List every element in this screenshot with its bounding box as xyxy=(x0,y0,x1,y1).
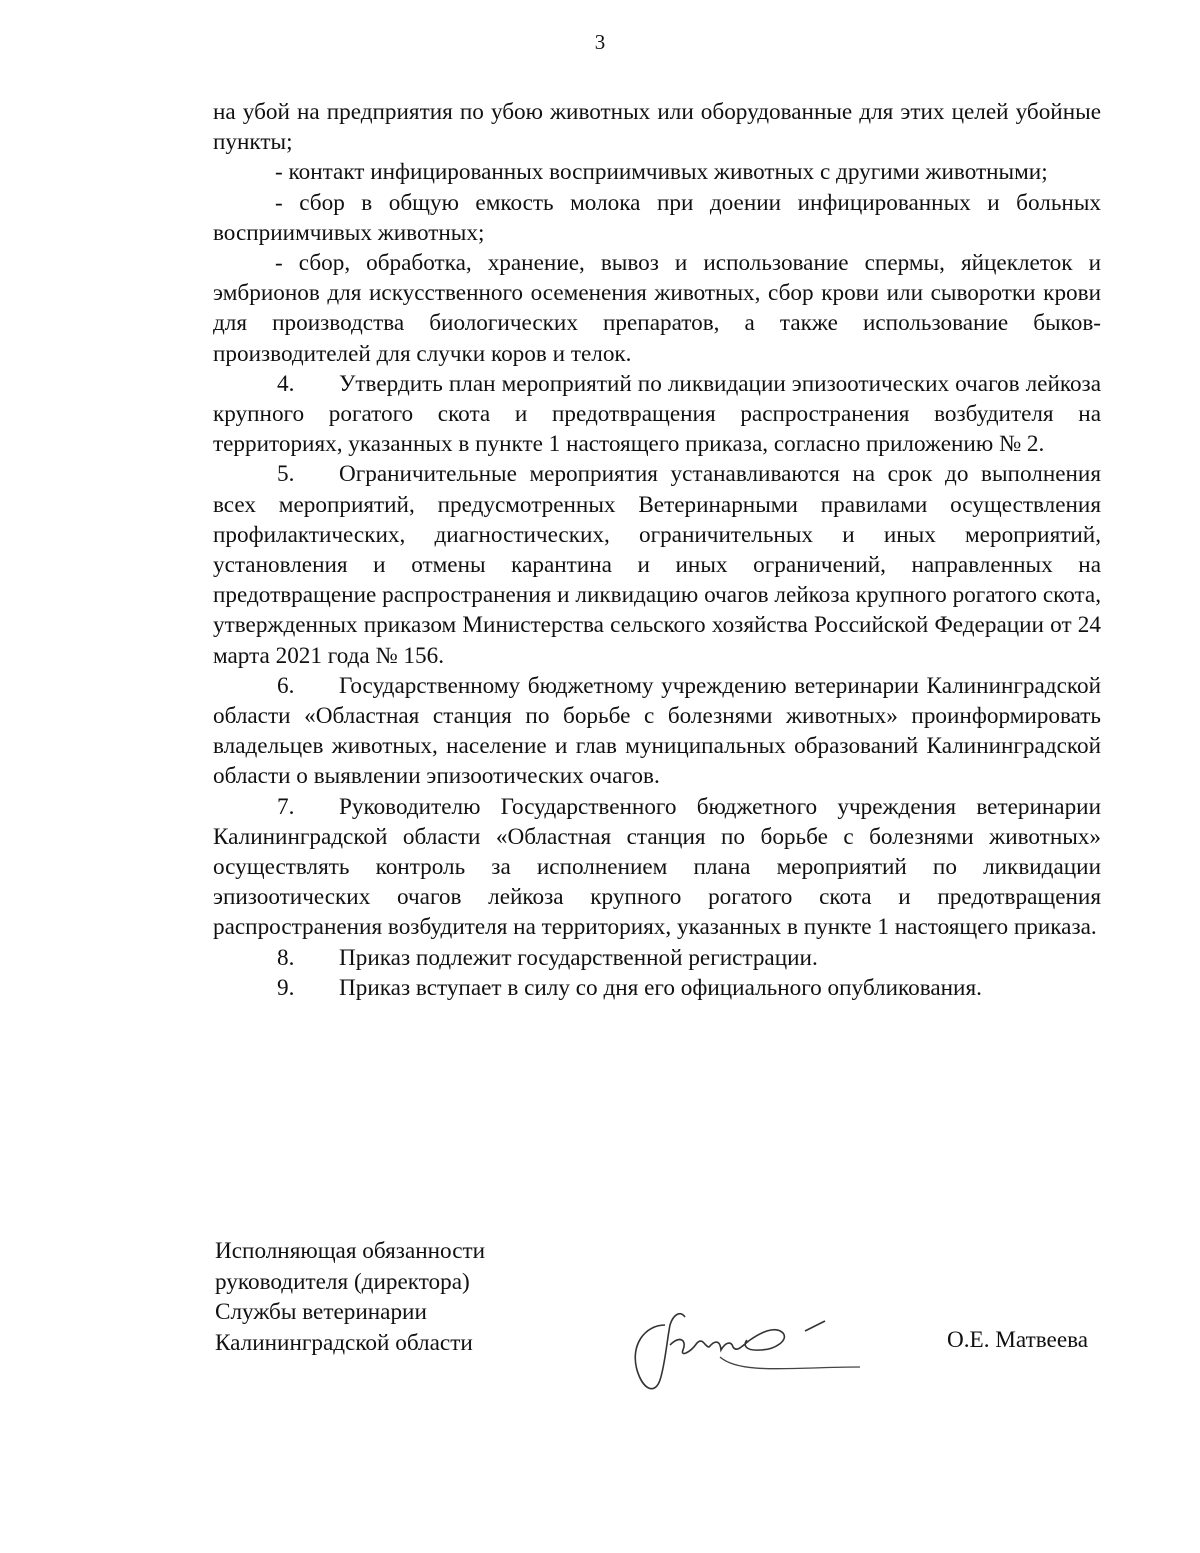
paragraph-bullet-contact: - контакт инфицированных восприимчивых ж… xyxy=(213,157,1101,187)
numbered-item-6: 6.Государственному бюджетному учреждению… xyxy=(213,671,1101,792)
numbered-item-8: 8.Приказ подлежит государственной регист… xyxy=(213,943,1101,973)
numbered-item-9: 9.Приказ вступает в силу со дня его офиц… xyxy=(213,973,1101,1003)
numbered-item-4: 4.Утвердить план мероприятий по ликвидац… xyxy=(213,369,1101,460)
signatory-title-line: Службы ветеринарии xyxy=(215,1297,485,1328)
numbered-item-7: 7.Руководителю Государственного бюджетно… xyxy=(213,792,1101,943)
signatory-title-line: руководителя (директора) xyxy=(215,1267,485,1298)
paragraph-bullet-sperm: - сбор, обработка, хранение, вывоз и исп… xyxy=(213,248,1101,369)
signer-name: О.Е. Матвеева xyxy=(947,1327,1088,1354)
signatory-title: Исполняющая обязанности руководителя (ди… xyxy=(215,1236,485,1358)
item-number: 7. xyxy=(277,792,339,822)
item-number: 6. xyxy=(277,671,339,701)
signatory-title-line: Калининградской области xyxy=(215,1328,485,1359)
item-text: Ограничительные мероприятия устанавливаю… xyxy=(213,461,1101,668)
document-body: на убой на предприятия по убою животных … xyxy=(213,97,1101,1003)
item-number: 9. xyxy=(277,973,339,1003)
numbered-item-5: 5.Ограничительные мероприятия устанавлив… xyxy=(213,459,1101,670)
item-text: Государственному бюджетному учреждению в… xyxy=(213,673,1101,790)
item-text: Руководителю Государственного бюджетного… xyxy=(213,794,1101,941)
item-text: Приказ подлежит государственной регистра… xyxy=(339,945,818,971)
page-number: 3 xyxy=(0,30,1200,55)
item-number: 8. xyxy=(277,943,339,973)
signatory-title-line: Исполняющая обязанности xyxy=(215,1236,485,1267)
paragraph-continuation: на убой на предприятия по убою животных … xyxy=(213,97,1101,157)
item-number: 4. xyxy=(277,369,339,399)
item-text: Приказ вступает в силу со дня его официа… xyxy=(339,975,982,1001)
item-number: 5. xyxy=(277,459,339,489)
paragraph-bullet-milk: - сбор в общую емкость молока при доении… xyxy=(213,188,1101,248)
handwritten-signature-icon xyxy=(625,1295,925,1395)
item-text: Утвердить план мероприятий по ликвидации… xyxy=(213,371,1101,457)
